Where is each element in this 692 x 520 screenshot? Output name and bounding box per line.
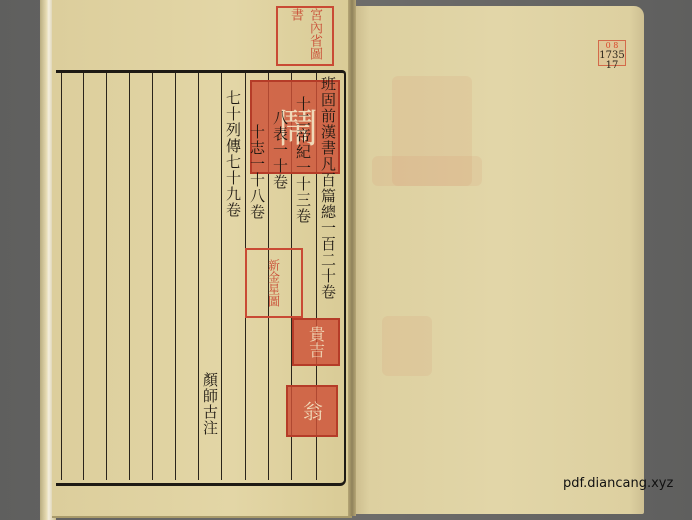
seal-mid: 貴吉	[292, 318, 340, 366]
seal-bottom: 翁	[286, 385, 338, 437]
seal-top: 宮內省圖書	[276, 6, 334, 66]
column-rule	[152, 73, 153, 480]
call-number-sub: 17	[599, 61, 625, 71]
column-rule	[198, 73, 199, 480]
column-text-commentator: 顏師古注	[201, 372, 219, 436]
column-text-tables: 八表一十卷	[271, 110, 289, 190]
column-text-annals: 十二帝紀一十三卷	[294, 96, 312, 224]
seal-bleedthrough	[372, 156, 482, 186]
column-rule	[175, 73, 176, 480]
seal-inscription: 新金星圖	[245, 248, 303, 318]
column-rule	[83, 73, 84, 480]
column-text-title: 班固前漢書凡百篇總一百二十卷	[319, 76, 337, 300]
column-rule	[129, 73, 130, 480]
book-gutter	[348, 0, 356, 516]
column-text-treatises: 十志一十八卷	[248, 124, 266, 220]
column-rule	[61, 73, 62, 480]
right-page	[352, 6, 644, 514]
column-text-biographies: 七十列傳七十九卷	[224, 90, 242, 218]
column-rule	[106, 73, 107, 480]
call-number-label: 0 8 1735 17	[598, 40, 626, 66]
seal-bleedthrough	[382, 316, 432, 376]
column-rule	[221, 73, 222, 480]
watermark: pdf.diancang.xyz	[563, 476, 673, 491]
